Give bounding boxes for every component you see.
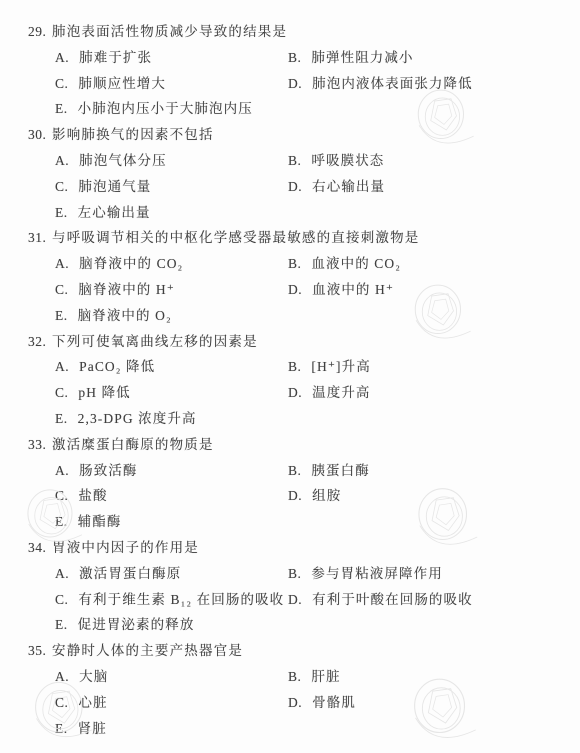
option-row: E.左心输出量 [0,204,580,230]
option-text: 盐酸 [78,487,107,504]
option-rows: A.大脑B.肝脏C.心脏D.骨骼肌E.肾脏 [0,668,580,745]
option-label: B. [288,255,301,272]
option-row: C.盐酸D.组胺 [0,487,580,513]
question-line: 29.肺泡表面活性物质减少导致的结果是 [0,23,580,49]
question-line: 33.激活糜蛋白酶原的物质是 [0,436,580,462]
option-item: D.组胺 [288,487,341,513]
option-label: A. [55,358,69,375]
question-line: 30.影响肺换气的因素不包括 [0,126,580,152]
option-text: 肝脏 [311,668,340,685]
option-text: [H⁺]升高 [311,358,370,375]
option-text: 脑脊液中的 O₂ [78,307,172,324]
option-row: A.肺泡气体分压B.呼吸膜状态 [0,152,580,178]
option-rows: A.肺难于扩张B.肺弹性阻力减小C.肺顺应性增大D.肺泡内液体表面张力降低E.小… [0,49,580,126]
option-label: B. [288,668,301,685]
option-item: C.有利于维生素 B₁₂ 在回肠的吸收 [55,591,288,617]
option-text: 脑脊液中的 H⁺ [78,281,175,298]
question-number: 29. [28,23,52,40]
option-item: A.大脑 [55,668,288,694]
option-item: B.参与胃粘液屏障作用 [288,565,443,591]
option-item: D.右心输出量 [288,178,385,204]
option-item: D.肺泡内液体表面张力降低 [288,75,473,101]
option-row: A.激活胃蛋白酶原B.参与胃粘液屏障作用 [0,565,580,591]
option-item: C.心脏 [55,694,288,720]
option-text: 肠致活酶 [79,462,137,479]
option-label: D. [288,384,302,401]
question-block: 35.安静时人体的主要产热器官是 A.大脑B.肝脏C.心脏D.骨骼肌E.肾脏 [0,642,580,745]
question-number: 31. [28,229,52,246]
option-text: 肾脏 [78,720,107,737]
option-text: 激活胃蛋白酶原 [79,565,181,582]
question-number: 30. [28,126,52,143]
option-row: E.脑脊液中的 O₂ [0,307,580,333]
option-label: C. [55,487,68,504]
option-label: B. [288,358,301,375]
option-text: 胰蛋白酶 [311,462,369,479]
option-rows: A.脑脊液中的 CO₂B.血液中的 CO₂C.脑脊液中的 H⁺D.血液中的 H⁺… [0,255,580,332]
option-item: B.血液中的 CO₂ [288,255,401,281]
option-row: C.心脏D.骨骼肌 [0,694,580,720]
option-label: D. [288,75,302,92]
option-item: E.辅酯酶 [55,513,288,539]
option-item: E.2,3-DPG 浓度升高 [55,410,288,436]
question-block: 29.肺泡表面活性物质减少导致的结果是 A.肺难于扩张B.肺弹性阻力减小C.肺顺… [0,23,580,126]
question-block: 34.胃液中内因子的作用是 A.激活胃蛋白酶原B.参与胃粘液屏障作用C.有利于维… [0,539,580,642]
option-item: B.肺弹性阻力减小 [288,49,414,75]
option-label: A. [55,49,69,66]
option-text: 组胺 [312,487,341,504]
option-item: C.脑脊液中的 H⁺ [55,281,288,307]
option-row: C.脑脊液中的 H⁺D.血液中的 H⁺ [0,281,580,307]
option-text: pH 降低 [78,384,130,401]
option-row: A.大脑B.肝脏 [0,668,580,694]
option-rows: A.肺泡气体分压B.呼吸膜状态C.肺泡通气量D.右心输出量E.左心输出量 [0,152,580,229]
option-item: C.肺顺应性增大 [55,75,288,101]
option-item: E.脑脊液中的 O₂ [55,307,288,333]
option-text: 右心输出量 [312,178,385,195]
question-text: 与呼吸调节相关的中枢化学感受器最敏感的直接刺激物是 [52,230,420,245]
option-label: D. [288,694,302,711]
option-label: B. [288,462,301,479]
option-text: 大脑 [79,668,108,685]
option-rows: A.肠致活酶B.胰蛋白酶C.盐酸D.组胺E.辅酯酶 [0,462,580,539]
option-item: B.肝脏 [288,668,341,694]
option-text: 辅酯酶 [78,513,122,530]
option-text: 骨骼肌 [312,694,356,711]
option-label: E. [55,204,68,221]
option-label: B. [288,152,301,169]
question-block: 33.激活糜蛋白酶原的物质是 A.肠致活酶B.胰蛋白酶C.盐酸D.组胺E.辅酯酶 [0,436,580,539]
option-text: 肺泡气体分压 [79,152,167,169]
question-text: 安静时人体的主要产热器官是 [52,643,243,658]
option-item: B.胰蛋白酶 [288,462,370,488]
question-line: 34.胃液中内因子的作用是 [0,539,580,565]
option-row: E.辅酯酶 [0,513,580,539]
question-text: 肺泡表面活性物质减少导致的结果是 [52,24,287,39]
option-item: B.呼吸膜状态 [288,152,384,178]
option-item: A.PaCO₂ 降低 [55,358,288,384]
question-text: 胃液中内因子的作用是 [52,540,199,555]
exam-page: 29.肺泡表面活性物质减少导致的结果是 A.肺难于扩张B.肺弹性阻力减小C.肺顺… [0,0,580,753]
option-label: E. [55,307,68,324]
option-item: B.[H⁺]升高 [288,358,371,384]
option-text: 脑脊液中的 CO₂ [79,255,183,272]
option-label: E. [55,720,68,737]
option-text: 小肺泡内压小于大肺泡内压 [78,100,253,117]
option-label: E. [55,513,68,530]
option-text: 肺泡通气量 [78,178,151,195]
option-text: 有利于维生素 B₁₂ 在回肠的吸收 [78,591,284,608]
option-row: A.脑脊液中的 CO₂B.血液中的 CO₂ [0,255,580,281]
option-label: C. [55,281,68,298]
option-text: 肺泡内液体表面张力降低 [312,75,473,92]
option-text: 血液中的 H⁺ [312,281,394,298]
option-row: C.肺顺应性增大D.肺泡内液体表面张力降低 [0,75,580,101]
option-item: E.左心输出量 [55,204,288,230]
option-text: 参与胃粘液屏障作用 [311,565,442,582]
option-item: A.肺难于扩张 [55,49,288,75]
question-number: 32. [28,333,52,350]
option-item: E.肾脏 [55,720,288,746]
question-block: 31.与呼吸调节相关的中枢化学感受器最敏感的直接刺激物是 A.脑脊液中的 CO₂… [0,229,580,332]
option-row: A.肠致活酶B.胰蛋白酶 [0,462,580,488]
option-text: 促进胃泌素的释放 [78,616,195,633]
question-number: 34. [28,539,52,556]
option-row: C.有利于维生素 B₁₂ 在回肠的吸收D.有利于叶酸在回肠的吸收 [0,591,580,617]
questions-list: 29.肺泡表面活性物质减少导致的结果是 A.肺难于扩张B.肺弹性阻力减小C.肺顺… [0,23,580,745]
option-item: C.pH 降低 [55,384,288,410]
option-text: 有利于叶酸在回肠的吸收 [312,591,473,608]
option-label: C. [55,384,68,401]
option-text: 肺弹性阻力减小 [311,49,413,66]
option-item: A.肺泡气体分压 [55,152,288,178]
option-item: E.促进胃泌素的释放 [55,616,288,642]
question-line: 32.下列可使氧离曲线左移的因素是 [0,333,580,359]
option-text: 血液中的 CO₂ [311,255,401,272]
option-item: D.有利于叶酸在回肠的吸收 [288,591,473,617]
option-row: E.2,3-DPG 浓度升高 [0,410,580,436]
option-label: B. [288,565,301,582]
option-label: D. [288,178,302,195]
option-row: A.PaCO₂ 降低B.[H⁺]升高 [0,358,580,384]
question-block: 32.下列可使氧离曲线左移的因素是 A.PaCO₂ 降低B.[H⁺]升高C.pH… [0,333,580,436]
question-text: 激活糜蛋白酶原的物质是 [52,437,214,452]
option-row: C.肺泡通气量D.右心输出量 [0,178,580,204]
option-item: C.肺泡通气量 [55,178,288,204]
option-text: 左心输出量 [78,204,151,221]
option-label: C. [55,591,68,608]
question-block: 30.影响肺换气的因素不包括 A.肺泡气体分压B.呼吸膜状态C.肺泡通气量D.右… [0,126,580,229]
option-text: 肺难于扩张 [79,49,152,66]
option-item: D.骨骼肌 [288,694,356,720]
option-label: E. [55,100,68,117]
option-label: A. [55,462,69,479]
option-label: C. [55,75,68,92]
option-label: C. [55,178,68,195]
question-line: 31.与呼吸调节相关的中枢化学感受器最敏感的直接刺激物是 [0,229,580,255]
option-text: PaCO₂ 降低 [79,358,155,375]
option-label: A. [55,565,69,582]
option-label: E. [55,616,68,633]
question-line: 35.安静时人体的主要产热器官是 [0,642,580,668]
option-text: 呼吸膜状态 [311,152,384,169]
option-row: E.促进胃泌素的释放 [0,616,580,642]
option-label: C. [55,694,68,711]
option-label: D. [288,591,302,608]
option-item: C.盐酸 [55,487,288,513]
option-rows: A.激活胃蛋白酶原B.参与胃粘液屏障作用C.有利于维生素 B₁₂ 在回肠的吸收D… [0,565,580,642]
option-label: A. [55,668,69,685]
option-label: E. [55,410,68,427]
option-item: A.激活胃蛋白酶原 [55,565,288,591]
option-rows: A.PaCO₂ 降低B.[H⁺]升高C.pH 降低D.温度升高E.2,3-DPG… [0,358,580,435]
option-item: D.温度升高 [288,384,371,410]
option-row: A.肺难于扩张B.肺弹性阻力减小 [0,49,580,75]
option-text: 肺顺应性增大 [78,75,166,92]
option-text: 温度升高 [312,384,370,401]
option-item: D.血液中的 H⁺ [288,281,394,307]
option-item: A.肠致活酶 [55,462,288,488]
question-text: 影响肺换气的因素不包括 [52,127,214,142]
option-label: A. [55,255,69,272]
option-label: B. [288,49,301,66]
question-text: 下列可使氧离曲线左移的因素是 [52,334,258,349]
option-label: D. [288,487,302,504]
option-label: A. [55,152,69,169]
option-text: 2,3-DPG 浓度升高 [78,410,197,427]
question-number: 33. [28,436,52,453]
question-number: 35. [28,642,52,659]
option-row: E.小肺泡内压小于大肺泡内压 [0,100,580,126]
option-item: A.脑脊液中的 CO₂ [55,255,288,281]
option-item: E.小肺泡内压小于大肺泡内压 [55,100,288,126]
option-row: C.pH 降低D.温度升高 [0,384,580,410]
option-label: D. [288,281,302,298]
option-row: E.肾脏 [0,720,580,746]
option-text: 心脏 [78,694,107,711]
